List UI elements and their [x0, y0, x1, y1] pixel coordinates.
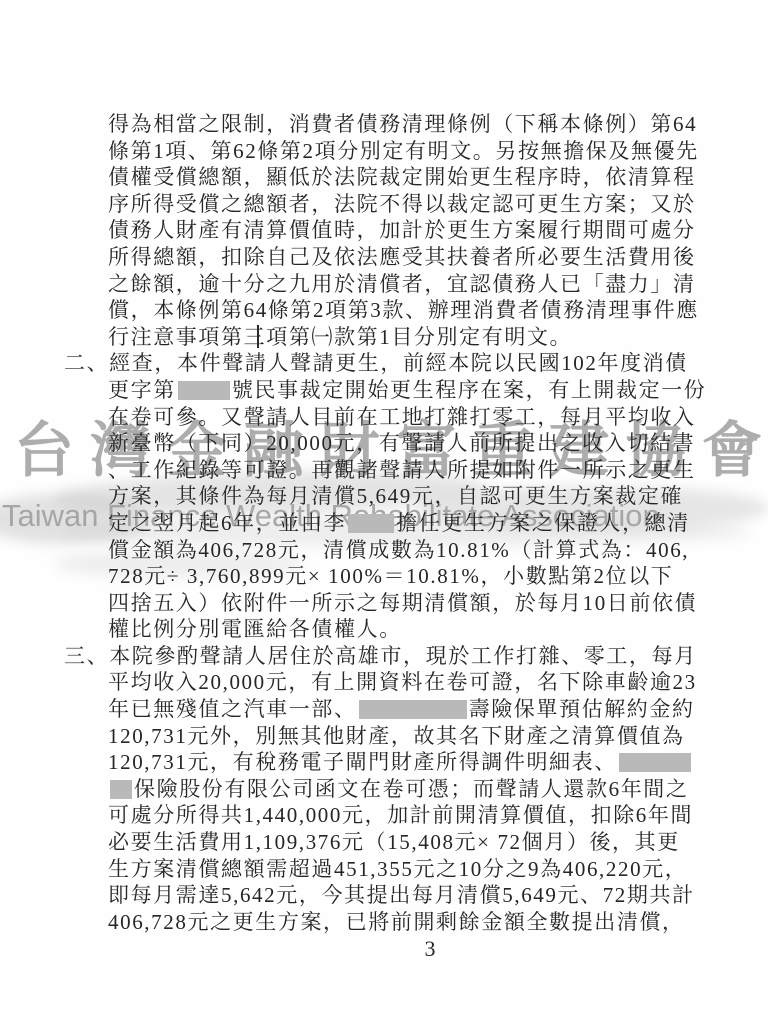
text-line: 更字第號民事裁定開始更生程序在案，有上開裁定一份	[64, 377, 684, 404]
text-line: 生方案清償總額需超過451,355元之10分之9為406,220元，	[64, 856, 684, 883]
text-line: 在卷可參。又聲請人目前在工地打雜打零工，每月平均收入	[64, 404, 684, 431]
text-segment: 平均收入20,000元，有上開資料在卷可證，名下除車齡逾23	[108, 670, 697, 694]
text-segment: 壽險保單預估解約金約	[469, 697, 695, 721]
text-line: 序所得受償之總額者，法院不得以裁定認可更生方案；又於	[64, 191, 684, 218]
document-text-block: 得為相當之限制，消費者債務清理條例（下稱本條例）第64條第1項、第62條第2項分…	[64, 111, 684, 935]
text-line: 定之翌月起6年，並由李擔任更生方案之保證人，總清	[64, 510, 684, 537]
text-line: 債權受償總額，顯低於法院裁定開始更生程序時，依清算程	[64, 164, 684, 191]
text-segment: 728元÷ 3,760,899元× 100%＝10.81%，小數點第2位以下	[108, 564, 673, 588]
text-segment: 在卷可參。又聲請人目前在工地打雜打零工，每月平均收入	[108, 405, 696, 429]
redaction-box	[359, 700, 467, 719]
text-segment: 債權受償總額，顯低於法院裁定開始更生程序時，依清算程	[108, 165, 696, 189]
text-segment: 償，本條例第64條第2項第3款、辦理消費者債務清理事件應	[108, 298, 699, 322]
text-segment: 償金額為406,728元，清償成數為10.81%（計算式為：406,	[108, 538, 689, 562]
text-line: 406,728元之更生方案，已將前開剩餘金額全數提出清償，	[64, 909, 684, 936]
text-line: 三、本院參酌聲請人居住於高雄市，現於工作打雜、零工，每月	[64, 643, 684, 670]
scanned-court-document-page: 台灣金融財富重建協會 Taiwan Finance Wealth Rehabil…	[0, 0, 768, 1024]
text-segment: 三	[244, 324, 267, 351]
text-line: 平均收入20,000元，有上開資料在卷可證，名下除車齡逾23	[64, 669, 684, 696]
text-segment: 號民事裁定開始更生程序在案，有上開裁定一份	[232, 378, 707, 402]
text-line: 得為相當之限制，消費者債務清理條例（下稱本條例）第64	[64, 111, 684, 138]
text-line: 條第1項、第62條第2項分別定有明文。另按無擔保及無優先	[64, 138, 684, 165]
redaction-box	[619, 753, 691, 772]
text-line: 年已無殘值之汽車一部、壽險保單預估解約金約	[64, 696, 684, 723]
text-line: 可處分所得共1,440,000元，加計前開清算價值，扣除6年間	[64, 802, 684, 829]
text-line: 、工作紀錄等可證。再觀諸聲請人所提如附件一所示之更生	[64, 457, 684, 484]
text-segment: 可處分所得共1,440,000元，加計前開清算價值，扣除6年間	[108, 803, 693, 827]
text-segment: 項第㈠款第1目分別定有明文。	[266, 325, 572, 349]
text-segment: 條第1項、第62條第2項分別定有明文。另按無擔保及無優先	[108, 139, 699, 163]
text-line: 債務人財產有清算價值時，加計於更生方案履行期間可處分	[64, 217, 684, 244]
text-line: 保險股份有限公司函文在卷可憑；而聲請人還款6年間之	[64, 776, 684, 803]
text-line: 之餘額，逾十分之九用於清償者，宜認債務人已「盡力」清	[64, 271, 684, 298]
watermark-char: 會	[702, 420, 762, 482]
text-segment: 定之翌月起6年，並由李	[108, 511, 346, 535]
text-line: 所得總額，扣除自己及依法應受其扶養者所必要生活費用後	[64, 244, 684, 271]
text-segment: 所得總額，扣除自己及依法應受其扶養者所必要生活費用後	[108, 245, 696, 269]
text-segment: 120,731元，有稅務電子閘門財產所得調件明細表、	[108, 750, 617, 774]
text-segment: 四捨五入）依附件一所示之每期清償額，於每月10日前依債	[108, 591, 697, 615]
text-segment: 權比例分別電匯給各債權人。	[108, 617, 402, 641]
text-segment: 三、本院參酌聲請人居住於高雄市，現於工作打雜、零工，每月	[64, 644, 697, 668]
text-line: 728元÷ 3,760,899元× 100%＝10.81%，小數點第2位以下	[64, 563, 684, 590]
text-line: 四捨五入）依附件一所示之每期清償額，於每月10日前依債	[64, 590, 684, 617]
text-line: 償金額為406,728元，清償成數為10.81%（計算式為：406,	[64, 537, 684, 564]
text-line: 必要生活費用1,109,376元（15,408元× 72個月）後，其更	[64, 829, 684, 856]
text-segment: 方案，其條件為每月清償5,649元，自認可更生方案裁定確	[108, 484, 683, 508]
text-segment: 120,731元外，別無其他財產，故其名下財產之清算價值為	[108, 724, 685, 748]
text-line: 行注意事項第三項第㈠款第1目分別定有明文。	[64, 324, 684, 351]
text-segment: 新臺幣（下同）20,000元，有聲請人前所提出之收入切結書	[108, 431, 695, 455]
text-segment: 生方案清償總額需超過451,355元之10分之9為406,220元，	[108, 857, 687, 881]
text-segment: 行注意事項第	[108, 325, 244, 349]
text-line: 權比例分別電匯給各債權人。	[64, 616, 684, 643]
text-segment: 債務人財產有清算價值時，加計於更生方案履行期間可處分	[108, 218, 696, 242]
text-segment: 、工作紀錄等可證。再觀諸聲請人所提如附件一所示之更生	[108, 458, 696, 482]
text-segment: 保險股份有限公司函文在卷可憑；而聲請人還款6年間之	[134, 777, 689, 801]
text-line: 方案，其條件為每月清償5,649元，自認可更生方案裁定確	[64, 483, 684, 510]
redaction-box	[178, 381, 230, 400]
text-line: 新臺幣（下同）20,000元，有聲請人前所提出之收入切結書	[64, 430, 684, 457]
text-line: 二、經查，本件聲請人聲請更生，前經本院以民國102年度消債	[64, 350, 684, 377]
text-segment: 序所得受償之總額者，法院不得以裁定認可更生方案；又於	[108, 192, 696, 216]
text-segment: 二、經查，本件聲請人聲請更生，前經本院以民國102年度消債	[64, 351, 688, 375]
text-segment: 之餘額，逾十分之九用於清償者，宜認債務人已「盡力」清	[108, 272, 696, 296]
text-segment: 得為相當之限制，消費者債務清理條例（下稱本條例）第64	[108, 112, 697, 136]
text-segment: 必要生活費用1,109,376元（15,408元× 72個月）後，其更	[108, 830, 680, 854]
text-line: 償，本條例第64條第2項第3款、辦理消費者債務清理事件應	[64, 297, 684, 324]
text-segment: 即每月需達5,642元，今其提出每月清償5,649元、72期共計	[108, 883, 695, 907]
text-line: 120,731元，有稅務電子閘門財產所得調件明細表、	[64, 749, 684, 776]
text-segment: 更字第	[108, 378, 176, 402]
text-line: 即每月需達5,642元，今其提出每月清償5,649元、72期共計	[64, 882, 684, 909]
text-segment: 406,728元之更生方案，已將前開剩餘金額全數提出清償，	[108, 910, 685, 934]
redaction-box	[110, 780, 132, 799]
text-segment: 擔任更生方案之保證人，總清	[396, 511, 690, 535]
text-segment: 年已無殘值之汽車一部、	[108, 697, 357, 721]
redaction-box	[348, 514, 394, 533]
text-line: 120,731元外，別無其他財產，故其名下財產之清算價值為	[64, 723, 684, 750]
page-number: 3	[0, 936, 768, 962]
